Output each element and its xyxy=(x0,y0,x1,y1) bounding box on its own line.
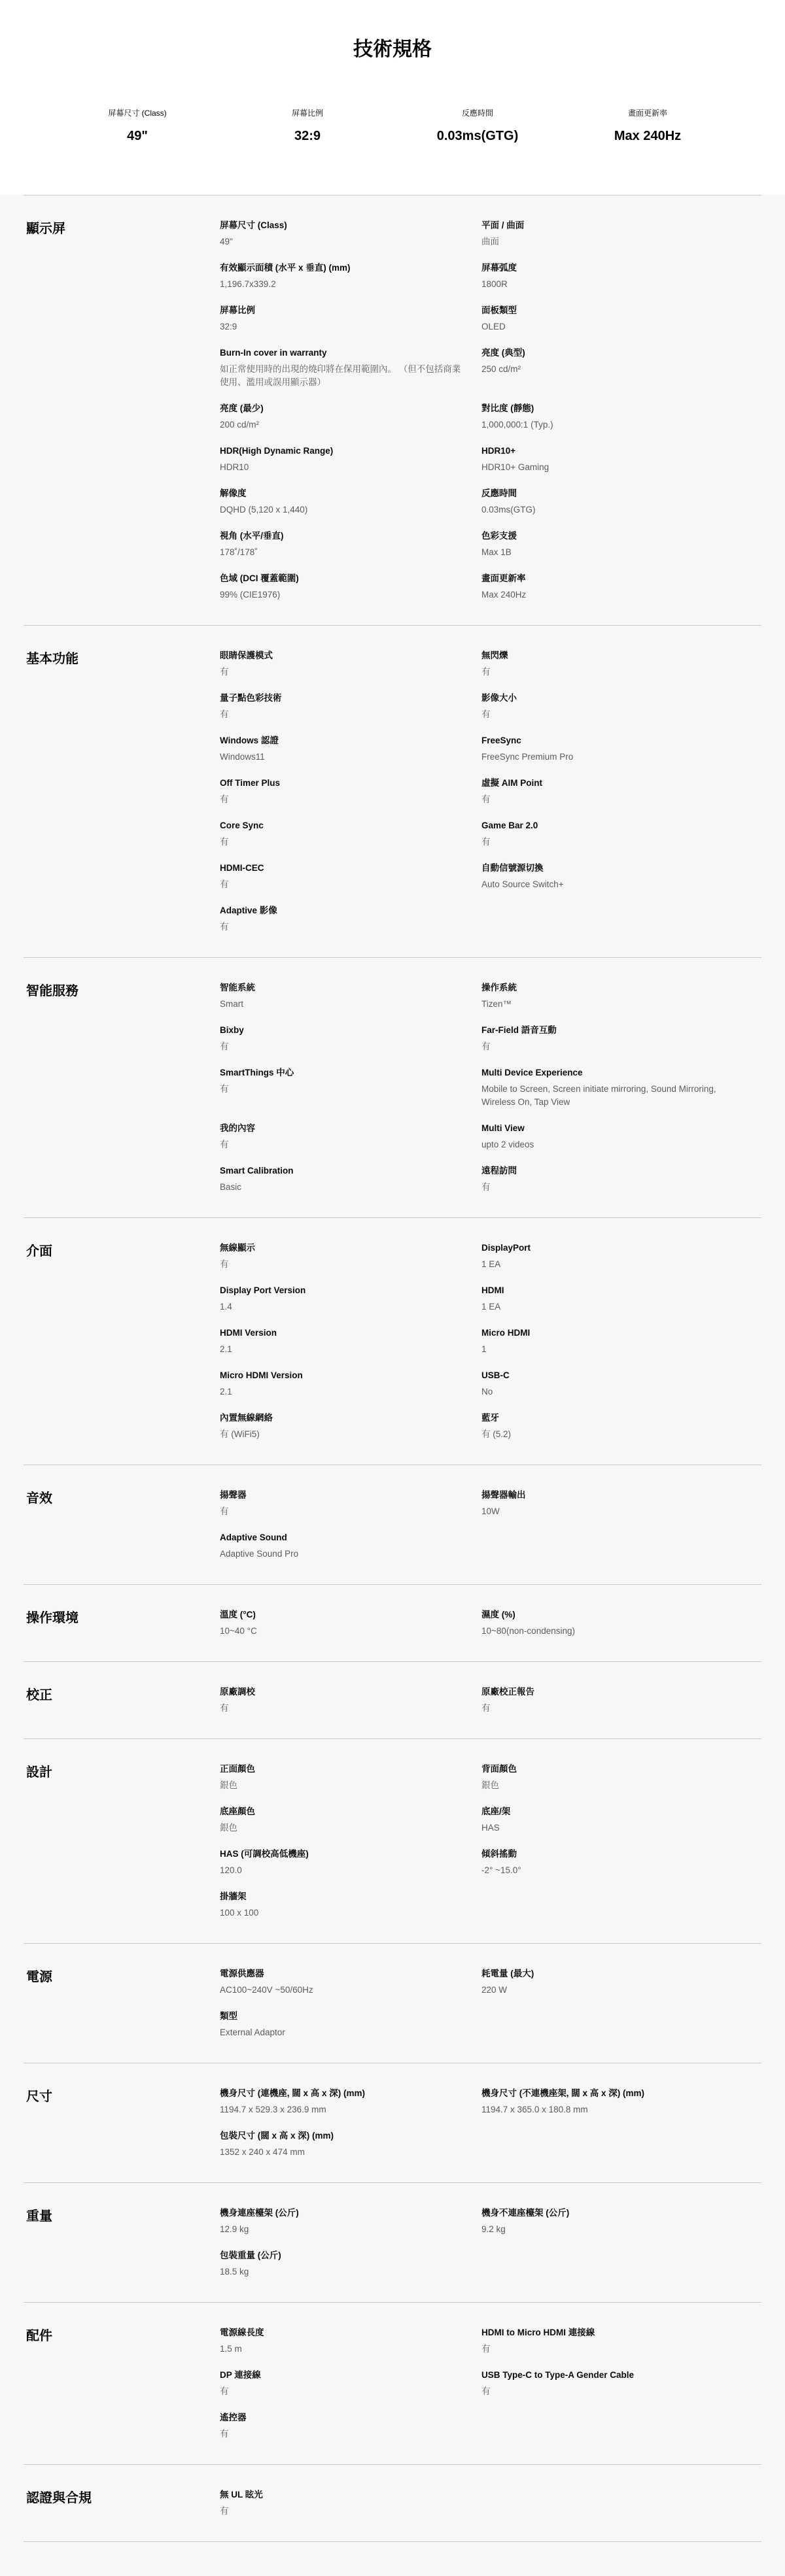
spec-value: No xyxy=(481,1385,733,1398)
spec-item: Game Bar 2.0有 xyxy=(481,819,761,849)
spec-value: Adaptive Sound Pro xyxy=(220,1548,462,1561)
spec-item: HDMI Version2.1 xyxy=(220,1327,481,1356)
section-title: 操作環境 xyxy=(24,1608,220,1638)
summary-stat: 反應時間0.03ms(GTG) xyxy=(392,107,563,144)
spec-item: 操作系統Tizen™ xyxy=(481,981,761,1011)
section: 校正原廠調校有原廠校正報告有 xyxy=(24,1661,761,1738)
section: 音效揚聲器有揚聲器輸出10WAdaptive SoundAdaptive Sou… xyxy=(24,1465,761,1584)
section-title: 設計 xyxy=(24,1763,220,1920)
spec-value: 有 xyxy=(481,666,733,679)
spec-item: 屏幕比例32:9 xyxy=(220,304,481,333)
spec-item: Far-Field 語音互動有 xyxy=(481,1024,761,1053)
spec-item: Multi Viewupto 2 videos xyxy=(481,1122,761,1151)
section-title: 顯示屏 xyxy=(24,219,220,602)
summary-stat-value: Max 240Hz xyxy=(563,129,733,144)
section-title: 認證與合規 xyxy=(24,2488,220,2518)
spec-sections: 顯示屏屏幕尺寸 (Class)49"平面 / 曲面曲面有效顯示面積 (水平 x … xyxy=(0,195,785,2576)
spec-value: Max 240Hz xyxy=(481,588,733,602)
spec-label: 我的內容 xyxy=(220,1122,462,1135)
spec-label: 電源供應器 xyxy=(220,1967,462,1980)
spec-value: 2.1 xyxy=(220,1385,462,1398)
spec-label: 有效顯示面積 (水平 x 垂直) (mm) xyxy=(220,262,462,275)
spec-item: Multi Device ExperienceMobile to Screen,… xyxy=(481,1066,761,1109)
spec-item: 電源線長度1.5 m xyxy=(220,2326,481,2356)
spec-item: 底座顏色銀色 xyxy=(220,1805,481,1835)
spec-label: 亮度 (最少) xyxy=(220,402,462,415)
spec-item: 對比度 (靜態)1,000,000:1 (Typ.) xyxy=(481,402,761,432)
spec-item: 正面顏色銀色 xyxy=(220,1763,481,1792)
summary-stat: 屏幕尺寸 (Class)49" xyxy=(52,107,222,144)
spec-item: USB-CNo xyxy=(481,1369,761,1398)
spec-value: 有 xyxy=(481,1702,733,1715)
spec-value: 0.03ms(GTG) xyxy=(481,503,733,517)
spec-label: 揚聲器 xyxy=(220,1489,462,1502)
spec-label: 自動信號源切換 xyxy=(481,862,733,875)
spec-value: 有 (5.2) xyxy=(481,1428,733,1441)
spec-label: 原廠校正報告 xyxy=(481,1686,733,1699)
spec-item: DisplayPort1 EA xyxy=(481,1242,761,1271)
spec-value: 有 xyxy=(220,2428,462,2441)
spec-item: 濕度 (%)10~80(non-condensing) xyxy=(481,1608,761,1638)
spec-label: 屏幕尺寸 (Class) xyxy=(220,219,462,232)
spec-label: SmartThings 中心 xyxy=(220,1066,462,1079)
spec-value: 有 xyxy=(481,836,733,849)
spec-label: 色域 (DCI 覆蓋範圍) xyxy=(220,572,462,585)
section: 操作環境溫度 (°C)10~40 °C濕度 (%)10~80(non-conde… xyxy=(24,1584,761,1661)
section-body: 電源供應器AC100~240V ~50/60Hz耗電量 (最大)220 W類型E… xyxy=(220,1967,761,2039)
spec-label: 揚聲器輸出 xyxy=(481,1489,733,1502)
section-title: 智能服務 xyxy=(24,981,220,1194)
spec-value: Windows11 xyxy=(220,751,462,764)
spec-value: 銀色 xyxy=(220,1779,462,1792)
spec-label: 無 UL 眩光 xyxy=(220,2488,462,2501)
spec-value: 1,196.7x339.2 xyxy=(220,278,462,291)
spec-item: 色域 (DCI 覆蓋範圍)99% (CIE1976) xyxy=(220,572,481,602)
section-body: 屏幕尺寸 (Class)49"平面 / 曲面曲面有效顯示面積 (水平 x 垂直)… xyxy=(220,219,761,602)
spec-value: 有 xyxy=(481,793,733,806)
spec-label: HDMI xyxy=(481,1284,733,1297)
summary-stat-value: 32:9 xyxy=(222,129,392,144)
spec-item: Display Port Version1.4 xyxy=(220,1284,481,1313)
spec-label: 內置無線網絡 xyxy=(220,1412,462,1425)
spec-item: HDR(High Dynamic Range)HDR10 xyxy=(220,445,481,474)
spec-label: 遠程訪問 xyxy=(481,1164,733,1178)
spec-item: Micro HDMI Version2.1 xyxy=(220,1369,481,1398)
spec-value: Tizen™ xyxy=(481,998,733,1011)
spec-item: Windows 認證Windows11 xyxy=(220,734,481,764)
spec-label: Windows 認證 xyxy=(220,734,462,747)
spec-value: 有 xyxy=(220,2505,462,2518)
spec-item: 掛牆架100 x 100 xyxy=(220,1890,481,1920)
spec-value: 有 (WiFi5) xyxy=(220,1428,462,1441)
summary-stat-value: 49" xyxy=(52,129,222,144)
spec-item-empty xyxy=(481,2129,761,2159)
summary-stat-label: 反應時間 xyxy=(392,107,563,118)
spec-item: 背面顏色銀色 xyxy=(481,1763,761,1792)
section-body: 智能系統Smart操作系統Tizen™Bixby有Far-Field 語音互動有… xyxy=(220,981,761,1194)
spec-label: HAS (可調校高低機座) xyxy=(220,1848,462,1861)
spec-value: Basic xyxy=(220,1181,462,1194)
spec-label: 藍牙 xyxy=(481,1412,733,1425)
spec-item: 屏幕尺寸 (Class)49" xyxy=(220,219,481,248)
spec-item: Core Sync有 xyxy=(220,819,481,849)
section: 尺寸機身尺寸 (連機座, 闊 x 高 x 深) (mm)1194.7 x 529… xyxy=(24,2063,761,2182)
spec-item: 反應時間0.03ms(GTG) xyxy=(481,487,761,517)
spec-value: FreeSync Premium Pro xyxy=(481,751,733,764)
spec-value: 銀色 xyxy=(481,1779,733,1792)
spec-value: 2.1 xyxy=(220,1343,462,1356)
spec-value: 曲面 xyxy=(481,235,733,248)
spec-label: 屏幕弧度 xyxy=(481,262,733,275)
spec-item: 無線顯示有 xyxy=(220,1242,481,1271)
spec-label: 屏幕比例 xyxy=(220,304,462,317)
summary-stat: 畫面更新率Max 240Hz xyxy=(563,107,733,144)
spec-label: 無線顯示 xyxy=(220,1242,462,1255)
spec-item-empty xyxy=(481,2010,761,2039)
spec-label: DP 連接線 xyxy=(220,2369,462,2382)
spec-label: 虛擬 AIM Point xyxy=(481,777,733,790)
spec-value: 有 xyxy=(220,1083,462,1096)
spec-label: Game Bar 2.0 xyxy=(481,819,733,832)
section-body: 電源線長度1.5 mHDMI to Micro HDMI 連接線有DP 連接線有… xyxy=(220,2326,761,2441)
spec-label: HDMI Version xyxy=(220,1327,462,1340)
spec-label: Adaptive 影像 xyxy=(220,904,462,917)
spec-label: 亮度 (典型) xyxy=(481,347,733,360)
section-body: 溫度 (°C)10~40 °C濕度 (%)10~80(non-condensin… xyxy=(220,1608,761,1638)
spec-item: 電源供應器AC100~240V ~50/60Hz xyxy=(220,1967,481,1997)
spec-item: 視角 (水平/垂直)178˚/178˚ xyxy=(220,530,481,559)
spec-label: 影像大小 xyxy=(481,692,733,705)
spec-label: 面板類型 xyxy=(481,304,733,317)
page-title: 技術規格 xyxy=(0,33,785,61)
spec-value: 120.0 xyxy=(220,1864,462,1877)
spec-value: 99% (CIE1976) xyxy=(220,588,462,602)
spec-item: USB Type-C to Type-A Gender Cable有 xyxy=(481,2369,761,2398)
summary-stat-label: 屏幕比例 xyxy=(222,107,392,118)
spec-value: 有 xyxy=(220,1138,462,1151)
spec-label: Smart Calibration xyxy=(220,1164,462,1178)
spec-item: 面板類型OLED xyxy=(481,304,761,333)
spec-item: 機身不連座檯架 (公斤)9.2 kg xyxy=(481,2207,761,2236)
spec-value: 1 EA xyxy=(481,1258,733,1271)
spec-value: External Adaptor xyxy=(220,2026,462,2039)
spec-value: Mobile to Screen, Screen initiate mirror… xyxy=(481,1083,733,1109)
spec-label: 包裝重量 (公斤) xyxy=(220,2249,462,2262)
spec-value: 有 xyxy=(220,1505,462,1518)
spec-value: OLED xyxy=(481,320,733,333)
spec-item: 平面 / 曲面曲面 xyxy=(481,219,761,248)
spec-label: 耗電量 (最大) xyxy=(481,1967,733,1980)
spec-item: 虛擬 AIM Point有 xyxy=(481,777,761,806)
spec-label: 傾斜搖動 xyxy=(481,1848,733,1861)
section-title: 重量 xyxy=(24,2207,220,2279)
spec-label: 濕度 (%) xyxy=(481,1608,733,1621)
spec-item-empty xyxy=(481,2488,761,2518)
spec-label: 電源線長度 xyxy=(220,2326,462,2339)
spec-label: 智能系統 xyxy=(220,981,462,994)
spec-value: Auto Source Switch+ xyxy=(481,878,733,891)
section: 顯示屏屏幕尺寸 (Class)49"平面 / 曲面曲面有效顯示面積 (水平 x … xyxy=(24,195,761,625)
spec-value: Max 1B xyxy=(481,546,733,559)
section-body: 原廠調校有原廠校正報告有 xyxy=(220,1686,761,1715)
spec-item: 智能系統Smart xyxy=(220,981,481,1011)
spec-label: 機身尺寸 (連機座, 闊 x 高 x 深) (mm) xyxy=(220,2087,462,2100)
spec-label: 遙控器 xyxy=(220,2411,462,2424)
spec-item: 溫度 (°C)10~40 °C xyxy=(220,1608,481,1638)
spec-item-empty xyxy=(481,904,761,934)
spec-value: upto 2 videos xyxy=(481,1138,733,1151)
spec-item: 解像度DQHD (5,120 x 1,440) xyxy=(220,487,481,517)
spec-item: HDMI1 EA xyxy=(481,1284,761,1313)
spec-label: Off Timer Plus xyxy=(220,777,462,790)
spec-value: 49" xyxy=(220,235,462,248)
spec-item: Bixby有 xyxy=(220,1024,481,1053)
spec-value: 9.2 kg xyxy=(481,2223,733,2236)
section-body: 眼睛保護模式有無閃爍有量子點色彩技術有影像大小有Windows 認證Window… xyxy=(220,649,761,934)
spec-label: Display Port Version xyxy=(220,1284,462,1297)
spec-item: 原廠調校有 xyxy=(220,1686,481,1715)
spec-value: 1352 x 240 x 474 mm xyxy=(220,2146,462,2159)
spec-value: 有 xyxy=(481,2343,733,2356)
spec-label: USB-C xyxy=(481,1369,733,1382)
spec-label: 底座顏色 xyxy=(220,1805,462,1818)
spec-label: 底座/架 xyxy=(481,1805,733,1818)
spec-label: 對比度 (靜態) xyxy=(481,402,733,415)
spec-value: HDR10+ Gaming xyxy=(481,461,733,474)
spec-label: 量子點色彩技術 xyxy=(220,692,462,705)
spec-item: 眼睛保護模式有 xyxy=(220,649,481,679)
spec-item: 影像大小有 xyxy=(481,692,761,721)
section-title: 電源 xyxy=(24,1967,220,2039)
spec-label: 原廠調校 xyxy=(220,1686,462,1699)
summary-stat-label: 畫面更新率 xyxy=(563,107,733,118)
spec-label: HDR(High Dynamic Range) xyxy=(220,445,462,458)
spec-label: HDMI-CEC xyxy=(220,862,462,875)
section: 基本功能眼睛保護模式有無閃爍有量子點色彩技術有影像大小有Windows 認證Wi… xyxy=(24,625,761,957)
spec-value: 有 xyxy=(220,708,462,721)
spec-item: 揚聲器輸出10W xyxy=(481,1489,761,1518)
section: 介面無線顯示有DisplayPort1 EADisplay Port Versi… xyxy=(24,1217,761,1465)
spec-item: 量子點色彩技術有 xyxy=(220,692,481,721)
spec-item-empty xyxy=(481,1890,761,1920)
spec-value: 100 x 100 xyxy=(220,1907,462,1920)
spec-value: 如正常使用時的出現的燒印將在保用範圍內。 （但不包括商業使用、濫用或誤用顯示器） xyxy=(220,363,462,389)
spec-value: 有 xyxy=(220,2385,462,2398)
spec-label: Micro HDMI Version xyxy=(220,1369,462,1382)
section: 設計正面顏色銀色背面顏色銀色底座顏色銀色底座/架HASHAS (可調校高低機座)… xyxy=(24,1738,761,1943)
spec-label: 視角 (水平/垂直) xyxy=(220,530,462,543)
section: 智能服務智能系統Smart操作系統Tizen™Bixby有Far-Field 語… xyxy=(24,957,761,1217)
spec-item: 機身尺寸 (不連機座架, 闊 x 高 x 深) (mm)1194.7 x 365… xyxy=(481,2087,761,2116)
spec-item: 我的內容有 xyxy=(220,1122,481,1151)
spec-item: 亮度 (典型)250 cd/m² xyxy=(481,347,761,389)
spec-label: 平面 / 曲面 xyxy=(481,219,733,232)
spec-value: 有 xyxy=(220,878,462,891)
spec-value: 200 cd/m² xyxy=(220,418,462,432)
spec-item: 無閃爍有 xyxy=(481,649,761,679)
section-title: 尺寸 xyxy=(24,2087,220,2159)
spec-label: 機身尺寸 (不連機座架, 闊 x 高 x 深) (mm) xyxy=(481,2087,733,2100)
spec-item-empty xyxy=(481,2411,761,2441)
spec-value: 1194.7 x 529.3 x 236.9 mm xyxy=(220,2103,462,2116)
section-title: 基本功能 xyxy=(24,649,220,934)
spec-value: 有 xyxy=(220,836,462,849)
spec-page: 技術規格 屏幕尺寸 (Class)49"屏幕比例32:9反應時間0.03ms(G… xyxy=(0,0,785,2576)
spec-item: 遙控器有 xyxy=(220,2411,481,2441)
spec-item: Adaptive SoundAdaptive Sound Pro xyxy=(220,1531,481,1561)
spec-item: 有效顯示面積 (水平 x 垂直) (mm)1,196.7x339.2 xyxy=(220,262,481,291)
spec-label: Far-Field 語音互動 xyxy=(481,1024,733,1037)
spec-value: 10~40 °C xyxy=(220,1625,462,1638)
spec-item: Adaptive 影像有 xyxy=(220,904,481,934)
spec-item: 底座/架HAS xyxy=(481,1805,761,1835)
spec-item: 遠程訪問有 xyxy=(481,1164,761,1194)
section-body: 機身連座檯架 (公斤)12.9 kg機身不連座檯架 (公斤)9.2 kg包裝重量… xyxy=(220,2207,761,2279)
spec-label: 無閃爍 xyxy=(481,649,733,662)
spec-item: 包裝尺寸 (闊 x 高 x 深) (mm)1352 x 240 x 474 mm xyxy=(220,2129,481,2159)
spec-item: FreeSyncFreeSync Premium Pro xyxy=(481,734,761,764)
spec-item: 傾斜搖動-2° ~15.0° xyxy=(481,1848,761,1877)
spec-item: Smart CalibrationBasic xyxy=(220,1164,481,1194)
spec-label: Burn-In cover in warranty xyxy=(220,347,462,360)
spec-label: 背面顏色 xyxy=(481,1763,733,1776)
spec-value: 有 xyxy=(481,1040,733,1053)
spec-label: USB Type-C to Type-A Gender Cable xyxy=(481,2369,733,2382)
spec-value: 銀色 xyxy=(220,1822,462,1835)
spec-value: 1800R xyxy=(481,278,733,291)
spec-value: 有 xyxy=(481,708,733,721)
spec-label: 類型 xyxy=(220,2010,462,2023)
section-body: 正面顏色銀色背面顏色銀色底座顏色銀色底座/架HASHAS (可調校高低機座)12… xyxy=(220,1763,761,1920)
spec-item: Off Timer Plus有 xyxy=(220,777,481,806)
spec-label: 機身連座檯架 (公斤) xyxy=(220,2207,462,2220)
spec-item: Micro HDMI1 xyxy=(481,1327,761,1356)
spec-item: 類型External Adaptor xyxy=(220,2010,481,2039)
spec-item: 包裝重量 (公斤)18.5 kg xyxy=(220,2249,481,2279)
spec-item: HDR10+HDR10+ Gaming xyxy=(481,445,761,474)
spec-label: 眼睛保護模式 xyxy=(220,649,462,662)
spec-item: 亮度 (最少)200 cd/m² xyxy=(220,402,481,432)
spec-item: HAS (可調校高低機座)120.0 xyxy=(220,1848,481,1877)
spec-item: SmartThings 中心有 xyxy=(220,1066,481,1109)
summary-stat: 屏幕比例32:9 xyxy=(222,107,392,144)
spec-value: 1 xyxy=(481,1343,733,1356)
spec-item: 自動信號源切換Auto Source Switch+ xyxy=(481,862,761,891)
spec-item: 揚聲器有 xyxy=(220,1489,481,1518)
spec-item-empty xyxy=(481,2249,761,2279)
spec-value: -2° ~15.0° xyxy=(481,1864,733,1877)
spec-value: 1 EA xyxy=(481,1300,733,1313)
spec-label: 色彩支援 xyxy=(481,530,733,543)
spec-label: 溫度 (°C) xyxy=(220,1608,462,1621)
spec-label: HDMI to Micro HDMI 連接線 xyxy=(481,2326,733,2339)
section-title: 音效 xyxy=(24,1489,220,1561)
spec-value: AC100~240V ~50/60Hz xyxy=(220,1984,462,1997)
spec-value: 有 xyxy=(220,1702,462,1715)
spec-item: 色彩支援Max 1B xyxy=(481,530,761,559)
spec-label: 機身不連座檯架 (公斤) xyxy=(481,2207,733,2220)
spec-label: Core Sync xyxy=(220,819,462,832)
spec-item: HDMI to Micro HDMI 連接線有 xyxy=(481,2326,761,2356)
spec-item: 耗電量 (最大)220 W xyxy=(481,1967,761,1997)
spec-item: 內置無線網絡有 (WiFi5) xyxy=(220,1412,481,1441)
spec-label: 正面顏色 xyxy=(220,1763,462,1776)
section-body: 無線顯示有DisplayPort1 EADisplay Port Version… xyxy=(220,1242,761,1441)
spec-value: 220 W xyxy=(481,1984,733,1997)
spec-label: Multi View xyxy=(481,1122,733,1135)
spec-value: 有 xyxy=(220,1258,462,1271)
spec-value: 250 cd/m² xyxy=(481,363,733,376)
spec-value: 有 xyxy=(220,666,462,679)
spec-item-empty xyxy=(481,1531,761,1561)
spec-value: HAS xyxy=(481,1822,733,1835)
spec-item: 機身連座檯架 (公斤)12.9 kg xyxy=(220,2207,481,2236)
spec-value: 有 xyxy=(481,2385,733,2398)
spec-item: 機身尺寸 (連機座, 闊 x 高 x 深) (mm)1194.7 x 529.3… xyxy=(220,2087,481,2116)
spec-label: 畫面更新率 xyxy=(481,572,733,585)
spec-value: 178˚/178˚ xyxy=(220,546,462,559)
spec-value: 1.4 xyxy=(220,1300,462,1313)
spec-item: Burn-In cover in warranty如正常使用時的出現的燒印將在保… xyxy=(220,347,481,389)
summary-stat-value: 0.03ms(GTG) xyxy=(392,129,563,144)
spec-value: 1,000,000:1 (Typ.) xyxy=(481,418,733,432)
spec-value: HDR10 xyxy=(220,461,462,474)
summary-stat-label: 屏幕尺寸 (Class) xyxy=(52,107,222,118)
spec-value: 32:9 xyxy=(220,320,462,333)
summary-row: 屏幕尺寸 (Class)49"屏幕比例32:9反應時間0.03ms(GTG)畫面… xyxy=(52,107,733,144)
spec-item: 無 UL 眩光有 xyxy=(220,2488,481,2518)
section-body: 機身尺寸 (連機座, 闊 x 高 x 深) (mm)1194.7 x 529.3… xyxy=(220,2087,761,2159)
spec-value: 有 xyxy=(481,1181,733,1194)
spec-label: 解像度 xyxy=(220,487,462,500)
spec-value: 18.5 kg xyxy=(220,2265,462,2279)
spec-value: 有 xyxy=(220,1040,462,1053)
spec-label: 掛牆架 xyxy=(220,1890,462,1903)
spec-label: 反應時間 xyxy=(481,487,733,500)
section: 重量機身連座檯架 (公斤)12.9 kg機身不連座檯架 (公斤)9.2 kg包裝… xyxy=(24,2182,761,2302)
spec-label: 包裝尺寸 (闊 x 高 x 深) (mm) xyxy=(220,2129,462,2143)
section: 認證與合規無 UL 眩光有 xyxy=(24,2464,761,2542)
spec-label: DisplayPort xyxy=(481,1242,733,1255)
spec-item: 屏幕弧度1800R xyxy=(481,262,761,291)
spec-item: 畫面更新率Max 240Hz xyxy=(481,572,761,602)
spec-item: HDMI-CEC有 xyxy=(220,862,481,891)
spec-value: DQHD (5,120 x 1,440) xyxy=(220,503,462,517)
spec-value: 12.9 kg xyxy=(220,2223,462,2236)
spec-label: FreeSync xyxy=(481,734,733,747)
section-title: 配件 xyxy=(24,2326,220,2441)
section: 配件電源線長度1.5 mHDMI to Micro HDMI 連接線有DP 連接… xyxy=(24,2302,761,2464)
spec-label: Adaptive Sound xyxy=(220,1531,462,1544)
section: 電源電源供應器AC100~240V ~50/60Hz耗電量 (最大)220 W類… xyxy=(24,1943,761,2063)
spec-item: 藍牙有 (5.2) xyxy=(481,1412,761,1441)
spec-label: HDR10+ xyxy=(481,445,733,458)
spec-value: 1194.7 x 365.0 x 180.8 mm xyxy=(481,2103,733,2116)
spec-label: 操作系統 xyxy=(481,981,733,994)
spec-value: 10~80(non-condensing) xyxy=(481,1625,733,1638)
spec-value: Smart xyxy=(220,998,462,1011)
spec-value: 10W xyxy=(481,1505,733,1518)
spec-value: 有 xyxy=(220,921,462,934)
section-title: 介面 xyxy=(24,1242,220,1441)
section-title: 校正 xyxy=(24,1686,220,1715)
section-body: 揚聲器有揚聲器輸出10WAdaptive SoundAdaptive Sound… xyxy=(220,1489,761,1561)
spec-item: 原廠校正報告有 xyxy=(481,1686,761,1715)
header: 技術規格 屏幕尺寸 (Class)49"屏幕比例32:9反應時間0.03ms(G… xyxy=(0,0,785,195)
spec-value: 1.5 m xyxy=(220,2343,462,2356)
spec-label: Bixby xyxy=(220,1024,462,1037)
spec-label: Multi Device Experience xyxy=(481,1066,733,1079)
